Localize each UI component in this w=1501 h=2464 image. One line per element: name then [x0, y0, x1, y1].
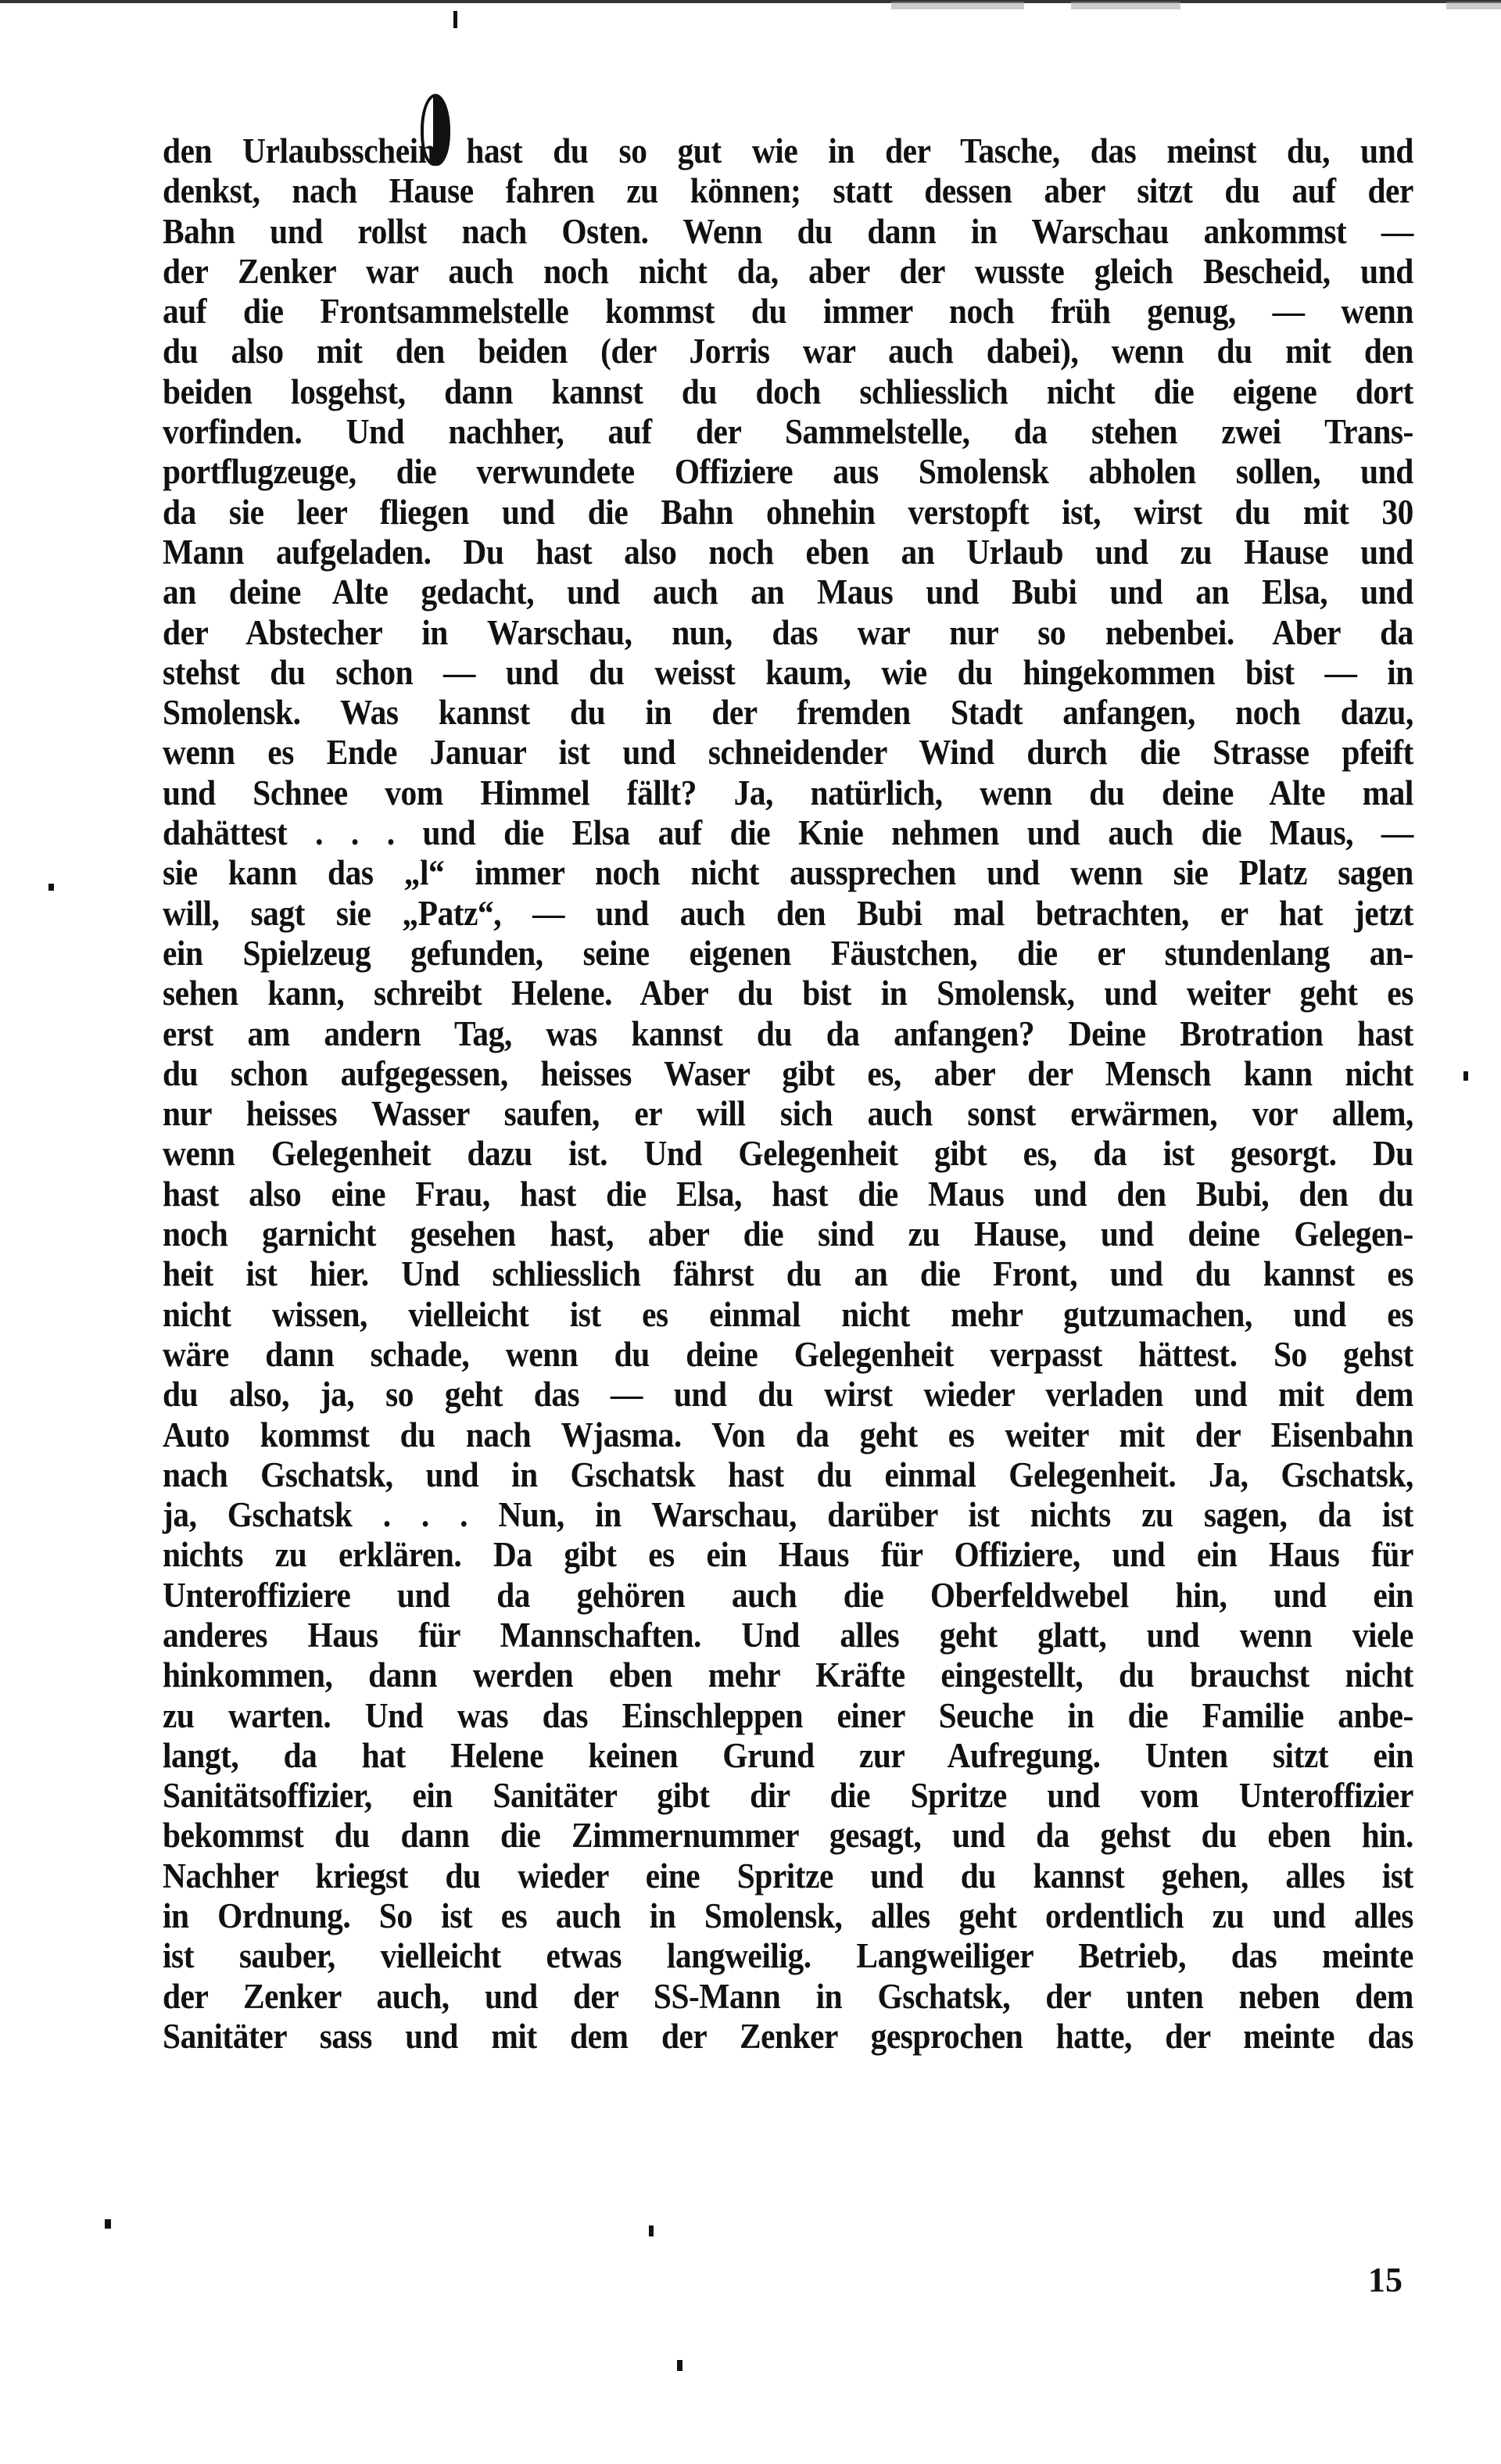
text-line: nichts zu erklären. Da gibt es ein Haus … [163, 1535, 1413, 1575]
text-line: Smolensk. Was kannst du in der fremden S… [163, 693, 1413, 733]
text-line: denkst, nach Hause fahren zu können; sta… [163, 171, 1413, 211]
text-line: portflugzeuge, die verwundete Offiziere … [163, 452, 1413, 492]
text-line: ja, Gschatsk . . . Nun, in Warschau, dar… [163, 1495, 1413, 1535]
text-line: vorfinden. Und nachher, auf der Sammelst… [163, 412, 1413, 452]
text-line: will, sagt sie „Patz“, — und auch den Bu… [163, 894, 1413, 934]
page-number: 15 [1368, 2260, 1402, 2300]
scan-smudge [891, 2, 1024, 9]
text-line: der Zenker war auch noch nicht da, aber … [163, 252, 1413, 292]
text-line: erst am andern Tag, was kannst du da anf… [163, 1014, 1413, 1054]
text-line: du also, ja, so geht das — und du wirst … [163, 1375, 1413, 1415]
scan-speck [105, 2219, 111, 2229]
text-line: wenn es Ende Januar ist und schneidender… [163, 733, 1413, 773]
text-line: auf die Frontsammelstelle kommst du imme… [163, 292, 1413, 332]
text-line: Bahn und rollst nach Osten. Wenn du dann… [163, 212, 1413, 252]
text-line: nicht wissen, vielleicht ist es einmal n… [163, 1295, 1413, 1335]
text-line: hast also eine Frau, hast die Elsa, hast… [163, 1175, 1413, 1214]
text-line: beiden losgehst, dann kannst du doch sch… [163, 372, 1413, 412]
text-line: sehen kann, schreibt Helene. Aber du bis… [163, 974, 1413, 1013]
text-line: nur heisses Wasser saufen, er will sich … [163, 1094, 1413, 1134]
text-line: langt, da hat Helene keinen Grund zur Au… [163, 1736, 1413, 1776]
scan-speck [649, 2225, 654, 2236]
scan-speck [48, 884, 54, 891]
text-line: sie kann das „l“ immer noch nicht ausspr… [163, 853, 1413, 893]
scan-speck [453, 11, 457, 28]
scan-smudge [1446, 2, 1501, 9]
text-line: Nachher kriegst du wieder eine Spritze u… [163, 1856, 1413, 1896]
text-line: Sanitätsoffizier, ein Sanitäter gibt dir… [163, 1776, 1413, 1816]
text-line: Unteroffiziere und da gehören auch die O… [163, 1576, 1413, 1616]
text-line: stehst du schon — und du weisst kaum, wi… [163, 653, 1413, 693]
text-line: bekommst du dann die Zimmernummer gesagt… [163, 1816, 1413, 1856]
text-line: heit ist hier. Und schliesslich fährst d… [163, 1254, 1413, 1294]
text-line: ein Spielzeug gefunden, seine eigenen Fä… [163, 934, 1413, 974]
text-line: noch garnicht gesehen hast, aber die sin… [163, 1214, 1413, 1254]
text-line: dahättest . . . und die Elsa auf die Kni… [163, 813, 1413, 853]
text-line: du schon aufgegessen, heisses Waser gibt… [163, 1054, 1413, 1094]
text-line: der Abstecher in Warschau, nun, das war … [163, 613, 1413, 653]
text-line: nach Gschatsk, und in Gschatsk hast du e… [163, 1455, 1413, 1495]
document-page: den Urlaubsschein hast du so gut wie in … [163, 131, 1413, 2057]
text-line: anderes Haus für Mannschaften. Und alles… [163, 1616, 1413, 1655]
text-line: der Zenker auch, und der SS-Mann in Gsch… [163, 1977, 1413, 2017]
text-line: wäre dann schade, wenn du deine Gelegenh… [163, 1335, 1413, 1375]
text-line: an deine Alte gedacht, und auch an Maus … [163, 572, 1413, 612]
text-line: Sanitäter sass und mit dem der Zenker ge… [163, 2017, 1413, 2057]
text-line: du also mit den beiden (der Jorris war a… [163, 332, 1413, 371]
text-line: zu warten. Und was das Einschleppen eine… [163, 1696, 1413, 1736]
scan-speck [677, 2360, 682, 2371]
text-line: und Schnee vom Himmel fällt? Ja, natürli… [163, 773, 1413, 813]
text-line: Mann aufgeladen. Du hast also noch eben … [163, 533, 1413, 572]
scan-speck [1463, 1071, 1468, 1081]
text-line: Auto kommst du nach Wjasma. Von da geht … [163, 1415, 1413, 1455]
text-line: den Urlaubsschein hast du so gut wie in … [163, 131, 1413, 171]
text-line: wenn Gelegenheit dazu ist. Und Gelegenhe… [163, 1134, 1413, 1174]
scan-top-edge [0, 0, 1501, 3]
scan-smudge [1071, 2, 1180, 9]
text-line: hinkommen, dann werden eben mehr Kräfte … [163, 1655, 1413, 1695]
text-line: in Ordnung. So ist es auch in Smolensk, … [163, 1896, 1413, 1936]
text-line: ist sauber, vielleicht etwas langweilig.… [163, 1936, 1413, 1976]
text-line: da sie leer fliegen und die Bahn ohnehin… [163, 493, 1413, 533]
